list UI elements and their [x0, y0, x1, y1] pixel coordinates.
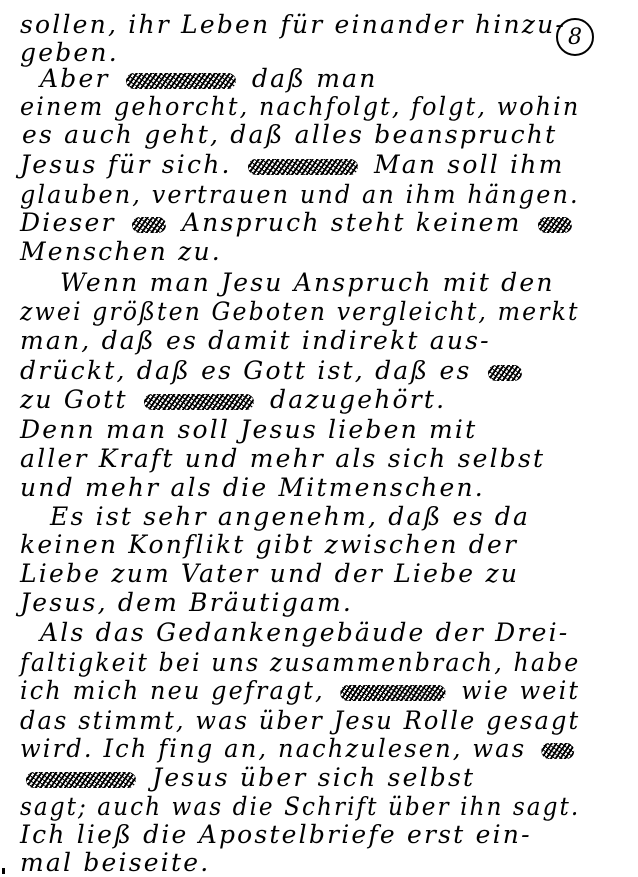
handwritten-line: das stimmt, was über Jesu Rolle gesagt [20, 706, 580, 736]
handwritten-line: Als das Gedankengebäude der Drei- [40, 618, 569, 648]
handwritten-line: sagt; auch was die Schrift über ihn sagt… [20, 792, 580, 822]
handwritten-line: sollen, ihr Leben für einander hinzu- [20, 10, 566, 40]
handwritten-line: zu Gott dazugehört. [20, 385, 446, 415]
handwritten-line: und mehr als die Mitmenschen. [20, 473, 485, 503]
crossed-out-word [144, 394, 254, 410]
handwritten-line: Es ist sehr angenehm, daß es da [50, 502, 530, 532]
handwritten-line: glauben, vertrauen und an ihm hängen. [20, 180, 580, 210]
handwritten-line: mal beiseite. [20, 848, 210, 877]
crossed-out-word [132, 217, 166, 233]
crossed-out-word [340, 685, 445, 701]
handwritten-line: keinen Konflikt gibt zwischen der [20, 530, 518, 560]
handwritten-line: es auch geht, daß alles beansprucht [22, 120, 557, 150]
handwritten-line: Denn man soll Jesus lieben mit [20, 415, 477, 445]
handwritten-line: Ich ließ die Apostelbriefe erst ein- [20, 820, 532, 850]
handwritten-line: ich mich neu gefragt, wie weit [20, 676, 580, 706]
crossed-out-word [542, 743, 575, 759]
handwritten-line: Aber daß man [40, 64, 378, 94]
handwritten-line: Liebe zum Vater und der Liebe zu [20, 559, 519, 589]
handwritten-line: Jesus für sich. Man soll ihm [20, 150, 565, 180]
handwritten-line: Jesus über sich selbst [20, 763, 475, 793]
crossed-out-word [26, 772, 136, 788]
handwritten-line: Dieser Anspruch steht keinem [20, 208, 578, 238]
handwritten-line: drückt, daß es Gott ist, daß es [20, 356, 528, 386]
crossed-out-word [538, 217, 572, 233]
handwritten-line: zwei größten Geboten vergleicht, merkt [20, 297, 580, 327]
handwritten-line: Menschen zu. [20, 237, 222, 267]
scan-artifact-mark [2, 868, 5, 874]
crossed-out-word [248, 159, 358, 175]
handwritten-line: Jesus, dem Bräutigam. [20, 588, 353, 618]
handwritten-line: aller Kraft und mehr als sich selbst [20, 444, 545, 474]
crossed-out-word [126, 73, 236, 89]
handwritten-line: wird. Ich fing an, nachzulesen, was [20, 734, 580, 764]
handwritten-line: faltigkeit bei uns zusammenbrach, habe [20, 648, 580, 678]
handwritten-line: man, daß es damit indirekt aus- [20, 326, 491, 356]
handwritten-line: Wenn man Jesu Anspruch mit den [60, 268, 555, 298]
handwritten-line: einem gehorcht, nachfolgt, folgt, wohin [20, 92, 580, 122]
crossed-out-word [488, 365, 522, 381]
handwritten-page: 8 sollen, ihr Leben für einander hinzu-g… [0, 0, 638, 877]
